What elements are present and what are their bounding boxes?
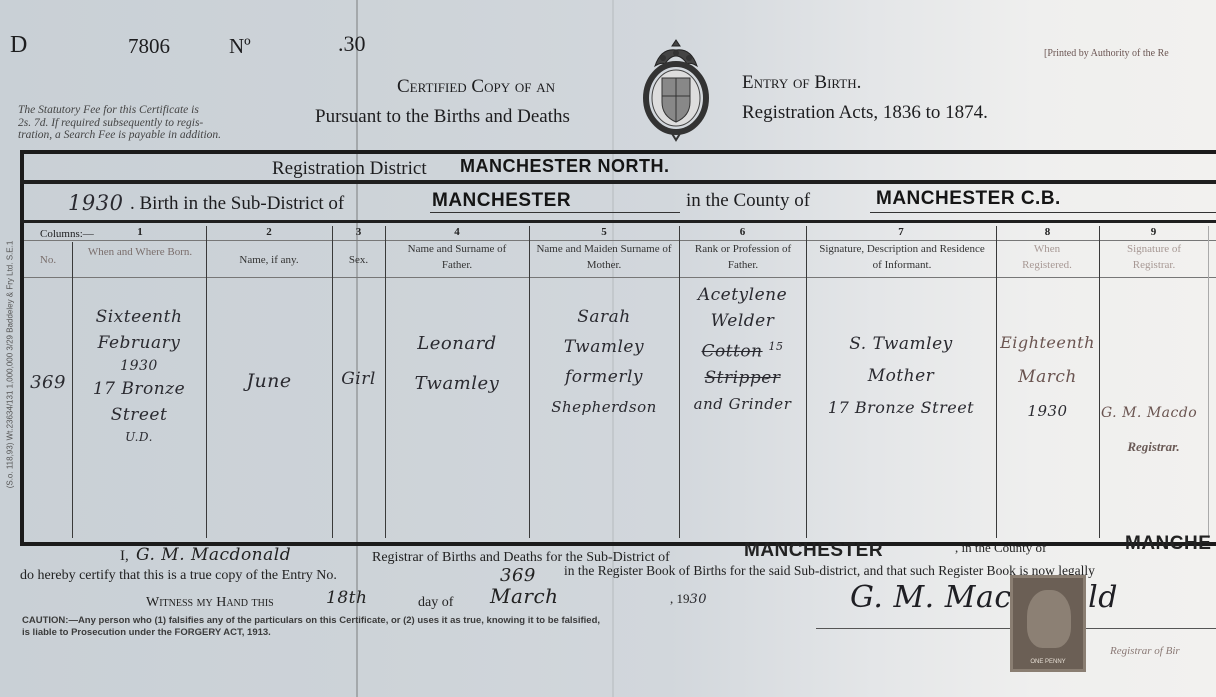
column-header-profession: Rank or Profession of Father.: [684, 241, 802, 273]
entry-line: formerly: [529, 362, 679, 392]
entry-line: Street: [74, 402, 204, 428]
registrar-caption: Registrar of Bir: [1110, 645, 1180, 657]
fee-note-line: tration, a Search Fee is payable in addi…: [18, 129, 221, 142]
struck-text: Stripper: [679, 365, 806, 391]
caution-line: is liable to Prosecution under the FORGE…: [22, 627, 600, 639]
column-number: 2: [206, 226, 332, 238]
column-header-when-where-born: When and Where Born.: [82, 244, 198, 260]
subdistrict-label: . Birth in the Sub-District of: [130, 193, 344, 215]
year-suffix: 30: [690, 592, 708, 607]
cert-line2-start: do hereby certify that this is a true co…: [20, 568, 337, 584]
witness-label: Witness my Hand this: [146, 595, 274, 611]
column-header-sex: Sex.: [332, 252, 385, 268]
entry-line: 1930: [996, 394, 1099, 428]
entry-line: Shepherdson: [529, 392, 679, 422]
column-header-when-registered: When Registered.: [1010, 241, 1084, 273]
column-number: 7: [806, 226, 996, 238]
cert-registrar-name: G. M. Macdonald: [136, 545, 291, 565]
entry-line: Sarah: [529, 302, 679, 332]
column-number: 9: [1099, 226, 1208, 238]
entry-line: Eighteenth: [996, 326, 1099, 360]
entry-line: S. Twamley: [806, 328, 996, 360]
year-prefix: , 19: [670, 591, 690, 606]
title-registration-acts: Registration Acts, 1836 to 1874.: [742, 102, 988, 124]
entry-line: Sixteenth: [74, 304, 204, 330]
column-divider: [1208, 226, 1209, 538]
birth-year: 1930: [68, 191, 123, 215]
struck-text: Cotton: [702, 342, 763, 362]
entry-line: U.D.: [74, 428, 204, 446]
registration-district-label: Registration District: [272, 158, 427, 180]
column-number: 8: [996, 226, 1099, 238]
entry-line: Acetylene: [679, 282, 806, 308]
entry-registrar-title: Registrar.: [1099, 434, 1208, 460]
fee-note-line: The Statutory Fee for this Certificate i…: [18, 104, 221, 117]
annotation: 15: [769, 340, 784, 353]
entry-line: 17 Bronze Street: [806, 392, 996, 424]
county-label: in the County of: [686, 190, 810, 212]
column-number: 1: [130, 226, 150, 238]
cert-subdistrict-stamp: MANCHESTER: [744, 540, 883, 562]
entry-line: Mother: [806, 360, 996, 392]
column-number: 4: [385, 226, 529, 238]
revenue-stamp-icon: ONE PENNY: [1010, 575, 1086, 672]
entry-number: 369: [24, 370, 72, 396]
cert-county-label: , in the County of: [955, 540, 1046, 556]
column-header-registrar-signature: Signature of Registrar.: [1112, 241, 1196, 273]
entry-line: 17 Bronze: [74, 376, 204, 402]
rule: [20, 180, 1216, 184]
entry-line: Leonard: [385, 324, 529, 364]
entry-line: 1930: [74, 356, 204, 376]
entry-line: Twamley: [529, 332, 679, 362]
entry-registrar-signature: G. M. Macdo: [1101, 400, 1216, 426]
title-entry-of-birth: Entry of Birth.: [742, 72, 861, 94]
subdistrict-value: MANCHESTER: [432, 190, 571, 212]
entry-when-registered: Eighteenth March 1930: [996, 326, 1099, 428]
printed-by-authority: [Printed by Authority of the Re: [1044, 48, 1169, 59]
cert-county-stamp: MANCHE: [1125, 533, 1211, 555]
columns-label: Columns:—: [40, 228, 94, 240]
column-header-mother: Name and Maiden Surname of Mother.: [531, 241, 677, 273]
title-certified-copy: Certified Copy of an: [397, 76, 555, 98]
witness-month: March: [490, 584, 559, 608]
witness-year: , 1930: [670, 591, 707, 607]
cert-entry-no: 369: [500, 565, 536, 586]
column-number: 5: [529, 226, 679, 238]
entry-father: Leonard Twamley: [385, 324, 529, 404]
column-number: 3: [332, 226, 385, 238]
column-header-no: No.: [24, 252, 72, 268]
caution-line: CAUTION:—Any person who (1) falsifies an…: [22, 615, 600, 627]
fee-note-line: 2s. 7d. If required subsequently to regi…: [18, 117, 221, 130]
entry-line: Cotton 15: [679, 334, 806, 365]
day-of-label: day of: [418, 595, 453, 611]
form-serial: 7806: [128, 34, 170, 59]
county-value: MANCHESTER C.B.: [876, 188, 1061, 210]
entry-line: February: [74, 330, 204, 356]
underline: [870, 212, 1216, 213]
cert-i-prefix: I,: [120, 548, 129, 565]
certificate-number: .30: [338, 31, 366, 57]
kings-head-icon: [1027, 590, 1071, 648]
entry-name: June: [206, 368, 332, 394]
column-number: 6: [679, 226, 806, 238]
entry-profession: Acetylene Welder Cotton 15 Stripper and …: [679, 282, 806, 417]
entry-line: Welder: [679, 308, 806, 334]
entry-mother: Sarah Twamley formerly Shepherdson: [529, 302, 679, 422]
fee-note: The Statutory Fee for this Certificate i…: [18, 104, 221, 142]
margin-print-info: (S.o. 118,93) Wt.23634/131 1,000,000 3/2…: [6, 195, 15, 535]
witness-day: 18th: [326, 588, 367, 608]
title-pursuant: Pursuant to the Births and Deaths: [315, 106, 570, 128]
caution-notice: CAUTION:—Any person who (1) falsifies an…: [22, 615, 600, 639]
entry-sex: Girl: [332, 366, 385, 392]
form-code: D: [10, 32, 27, 59]
underline: [430, 212, 680, 213]
rule: [24, 277, 1216, 278]
entry-when-where-born: Sixteenth February 1930 17 Bronze Street…: [74, 304, 204, 446]
royal-crest-icon: [641, 38, 711, 142]
column-header-father: Name and Surname of Father.: [392, 241, 522, 273]
stamp-value: ONE PENNY: [1013, 659, 1083, 665]
column-header-name: Name, if any.: [206, 252, 332, 268]
column-divider: [72, 242, 73, 538]
entry-line: March: [996, 360, 1099, 394]
column-divider: [1099, 226, 1100, 538]
entry-line: Twamley: [385, 364, 529, 404]
rule: [20, 220, 1216, 223]
number-label: Nº: [229, 34, 251, 59]
entry-line: and Grinder: [679, 391, 806, 417]
column-header-informant: Signature, Description and Residence of …: [816, 241, 988, 273]
entry-informant: S. Twamley Mother 17 Bronze Street: [806, 328, 996, 424]
registration-district-value: MANCHESTER NORTH.: [460, 156, 670, 177]
